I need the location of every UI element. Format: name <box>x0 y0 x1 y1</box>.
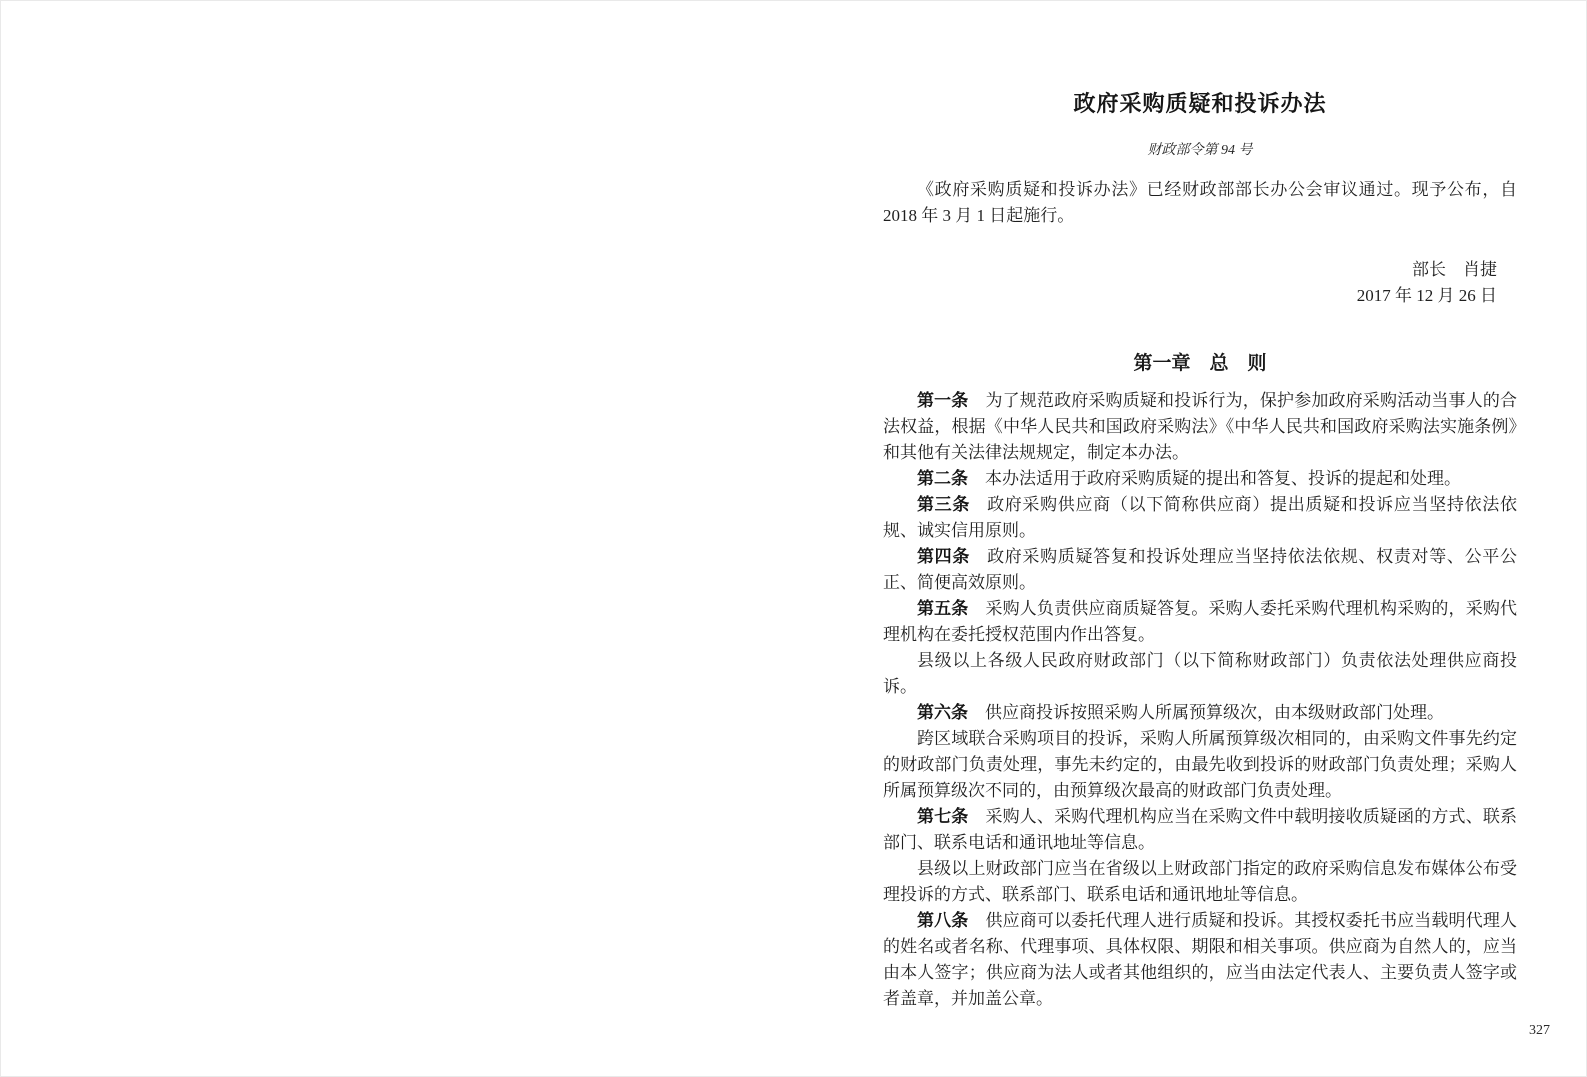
article-paragraph: 第一条为了规范政府采购质疑和投诉行为，保护参加政府采购活动当事人的合法权益，根据… <box>883 388 1517 466</box>
article-paragraph: 第三条政府采购供应商（以下简称供应商）提出质疑和投诉应当坚持依法依规、诚实信用原… <box>883 492 1517 544</box>
article-label: 第三条 <box>917 495 970 514</box>
article-paragraph: 第七条采购人、采购代理机构应当在采购文件中载明接收质疑函的方式、联系部门、联系电… <box>883 804 1517 856</box>
articles-body: 第一条为了规范政府采购质疑和投诉行为，保护参加政府采购活动当事人的合法权益，根据… <box>883 388 1517 1012</box>
article-paragraph: 第六条供应商投诉按照采购人所属预算级次，由本级财政部门处理。 <box>883 700 1517 726</box>
signature-date: 2017 年 12 月 26 日 <box>883 283 1497 309</box>
article-paragraph: 第四条政府采购质疑答复和投诉处理应当坚持依法依规、权责对等、公平公正、简便高效原… <box>883 544 1517 596</box>
article-text: 县级以上财政部门应当在省级以上财政部门指定的政府采购信息发布媒体公布受理投诉的方… <box>883 859 1517 904</box>
article-label: 第六条 <box>917 703 968 722</box>
article-text: 县级以上各级人民政府财政部门（以下简称财政部门）负责依法处理供应商投诉。 <box>883 651 1517 696</box>
page-number: 327 <box>1529 1023 1550 1039</box>
article-text: 政府采购供应商（以下简称供应商）提出质疑和投诉应当坚持依法依规、诚实信用原则。 <box>883 495 1517 540</box>
article-text: 跨区域联合采购项目的投诉，采购人所属预算级次相同的，由采购文件事先约定的财政部门… <box>883 729 1517 800</box>
decree-number: 财政部令第 94 号 <box>883 139 1517 159</box>
article-paragraph: 第二条本办法适用于政府采购质疑的提出和答复、投诉的提起和处理。 <box>883 466 1517 492</box>
article-label: 第五条 <box>917 599 968 618</box>
article-label: 第四条 <box>917 547 970 566</box>
article-text: 本办法适用于政府采购质疑的提出和答复、投诉的提起和处理。 <box>985 469 1461 488</box>
chapter-heading: 第一章 总 则 <box>883 348 1517 375</box>
article-text: 供应商投诉按照采购人所属预算级次，由本级财政部门处理。 <box>985 703 1444 722</box>
article-text: 采购人、采购代理机构应当在采购文件中载明接收质疑函的方式、联系部门、联系电话和通… <box>883 807 1517 852</box>
article-label: 第八条 <box>917 911 968 930</box>
promulgation-paragraph: 《政府采购质疑和投诉办法》已经财政部部长办公会审议通过。现予公布，自 2018 … <box>883 177 1517 229</box>
article-label: 第七条 <box>917 807 968 826</box>
signature-block: 部长 肖捷 2017 年 12 月 26 日 <box>883 257 1517 309</box>
article-paragraph: 县级以上各级人民政府财政部门（以下简称财政部门）负责依法处理供应商投诉。 <box>883 648 1517 700</box>
article-text: 为了规范政府采购质疑和投诉行为，保护参加政府采购活动当事人的合法权益，根据《中华… <box>883 391 1517 462</box>
article-label: 第一条 <box>917 391 968 410</box>
article-text: 供应商可以委托代理人进行质疑和投诉。其授权委托书应当载明代理人的姓名或者名称、代… <box>883 911 1517 1008</box>
signature-minister: 部长 肖捷 <box>883 257 1497 283</box>
article-text: 采购人负责供应商质疑答复。采购人委托采购代理机构采购的，采购代理机构在委托授权范… <box>883 599 1517 644</box>
article-paragraph: 县级以上财政部门应当在省级以上财政部门指定的政府采购信息发布媒体公布受理投诉的方… <box>883 856 1517 908</box>
article-label: 第二条 <box>917 469 968 488</box>
document-title: 政府采购质疑和投诉办法 <box>883 87 1517 118</box>
document-page: 政府采购质疑和投诉办法 财政部令第 94 号 《政府采购质疑和投诉办法》已经财政… <box>0 0 1587 1077</box>
article-text: 政府采购质疑答复和投诉处理应当坚持依法依规、权责对等、公平公正、简便高效原则。 <box>883 547 1517 592</box>
article-paragraph: 第八条供应商可以委托代理人进行质疑和投诉。其授权委托书应当载明代理人的姓名或者名… <box>883 908 1517 1012</box>
article-paragraph: 跨区域联合采购项目的投诉，采购人所属预算级次相同的，由采购文件事先约定的财政部门… <box>883 726 1517 804</box>
article-paragraph: 第五条采购人负责供应商质疑答复。采购人委托采购代理机构采购的，采购代理机构在委托… <box>883 596 1517 648</box>
